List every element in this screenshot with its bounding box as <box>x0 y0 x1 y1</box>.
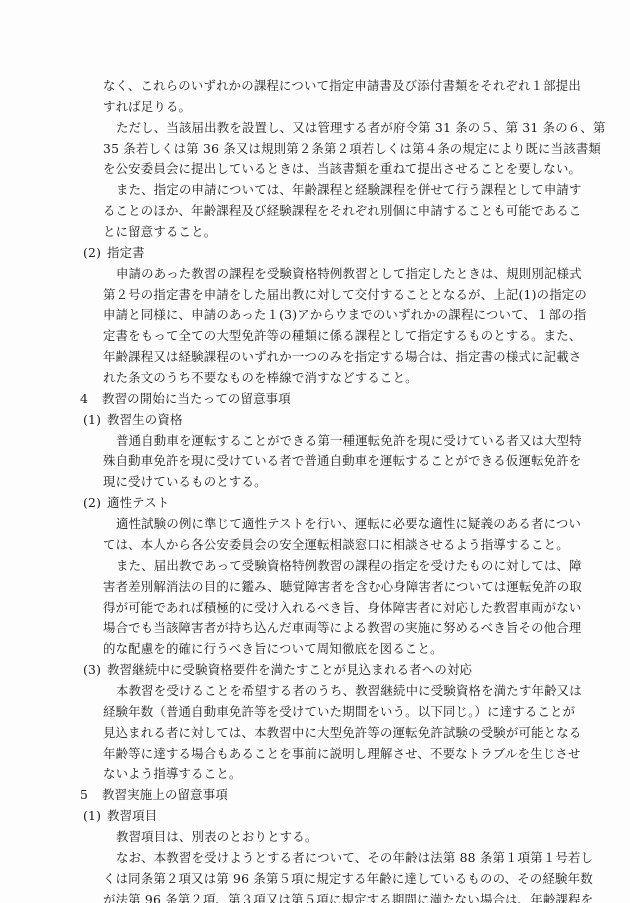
subsection-number: (1) <box>83 409 107 430</box>
paragraph-line: が法第 96 条第２項、第３項又は第５項に規定する期間に満たない場合は、年齢課程… <box>103 889 593 903</box>
paragraph-first-line: ただし、当該届出教を設置し、又は管理する者が府令第 31 条の５、第 31 条の… <box>116 117 606 138</box>
paragraph-line: 的な配慮を的確に行うべき旨について周知徹底を図ること。 <box>103 638 443 659</box>
subsection-title: 教習継続中に受験資格要件を満たすことが見込まれる者への対応 <box>107 662 472 677</box>
subsection-number: (3) <box>83 659 107 680</box>
subsection-number: (2) <box>83 492 107 513</box>
section-number: 4 <box>80 388 102 409</box>
subsection-heading: (2)指定書 <box>83 242 145 263</box>
subsection-heading: (1)教習生の資格 <box>83 409 183 430</box>
paragraph-line: 見込まれる者に対しては、本教習中に大型免許等の運転免許試験の受験が可能となる <box>103 722 581 743</box>
paragraph-line: なく、これらのいずれかの課程について指定申請書及び添付書類をそれぞれ１部提出 <box>103 75 581 96</box>
paragraph-line: 害者差別解消法の目的に鑑み、聴覚障害者を含む心身障害者については運転免許の取 <box>103 576 582 597</box>
paragraph-first-line: また、届出教であって受験資格特例教習の課程の指定を受けたものに対しては、障 <box>116 555 582 576</box>
paragraph-line: 得が可能であれば積極的に受け入れるべき旨、身体障害者に対応した教習車両がない <box>103 597 581 618</box>
paragraph-line: 定書をもって全ての大型免許等の種類に係る課程として指定するものとする。また、 <box>103 325 581 346</box>
subsection-title: 適性テスト <box>107 495 169 510</box>
subsection-number: (2) <box>83 242 107 263</box>
paragraph-line: 年齢課程又は経験課程のいずれか一つのみを指定する場合は、指定書の様式に記載さ <box>103 346 581 367</box>
paragraph-first-line: また、指定の申請については、年齢課程と経験課程を併せて行う課程として申請す <box>116 179 582 200</box>
paragraph-line: 場合でも当該障害者が持ち込んだ車両等による教習の実施に努めるべき旨その他合理 <box>103 617 581 638</box>
section-number: 5 <box>80 784 102 805</box>
subsection-heading: (2)適性テスト <box>83 492 169 513</box>
paragraph-first-line: 適性試験の例に準じて適性テストを行い、運転に必要な適性に疑義のある者につい <box>116 513 581 534</box>
paragraph-line: 現に受けているものとする。 <box>103 471 267 492</box>
section-title: 教習実施上の留意事項 <box>102 787 228 802</box>
subsection-heading: (1)教習項目 <box>83 805 157 826</box>
paragraph-line: 年齢等に達する場合もあることを事前に説明し理解させ、不要なトラブルを生じさせ <box>103 743 581 764</box>
paragraph-first-line: なお、本教習を受けようとする者について、その年齢は法第 88 条第１項第１号若し <box>116 847 593 868</box>
paragraph-line: ては、本人から各公安委員会の安全運転相談窓口に相談させるよう指導すること。 <box>103 534 569 555</box>
section-title: 教習の開始に当たっての留意事項 <box>102 391 291 406</box>
paragraph-first-line: 教習項目は、別表のとおりとする。 <box>116 826 317 847</box>
paragraph-first-line: 普通自動車を運転することができる第一種運転免許を現に受けている者又は大型特 <box>116 430 582 451</box>
paragraph-line: を公安委員会に提出しているときは、当該書類を重ねて提出させることを要しない。 <box>103 158 581 179</box>
paragraph-line: れた条文のうち不要なものを棒線で消すなどすること。 <box>103 367 418 388</box>
paragraph-line: すれば足りる。 <box>103 96 191 117</box>
paragraph-first-line: 本教習を受けることを希望する者のうち、教習継続中に受験資格を満たす年齢又は <box>116 680 582 701</box>
paragraph-line: 殊自動車免許を現に受けている者で普通自動車を運転することができる仮運転免許を <box>103 450 581 471</box>
paragraph-line: ることのほか、年齢課程及び経験課程をそれぞれ別個に申請することも可能であるこ <box>103 200 581 221</box>
section-heading: 5教習実施上の留意事項 <box>80 784 228 805</box>
subsection-title: 指定書 <box>107 245 145 260</box>
section-heading: 4教習の開始に当たっての留意事項 <box>80 388 291 409</box>
paragraph-line: 第２号の指定書を申請をした届出教に対して交付することとなるが、上記(1)の指定の <box>103 284 587 305</box>
paragraph-line: くは同条第２項又は第 96 条第５項に規定する年齢に達しているものの、その経験年… <box>103 868 593 889</box>
paragraph-line: 経験年数（普通自動車免許等を受けていた期間をいう。以下同じ。）に達することが <box>103 701 575 722</box>
subsection-heading: (3)教習継続中に受験資格要件を満たすことが見込まれる者への対応 <box>83 659 472 680</box>
paragraph-first-line: 申請のあった教習の課程を受験資格特例教習として指定したときは、規則別記様式 <box>116 263 582 284</box>
subsection-number: (1) <box>83 805 107 826</box>
paragraph-line: 35 条若しくは第 36 条又は規則第２条第２項若しくは第４条の規定により既に当… <box>103 138 601 159</box>
paragraph-line: 申請と同様に、申請のあった１(3)アからウまでのいずれかの課程について、１部の指 <box>103 304 586 325</box>
paragraph-line: ないよう指導すること。 <box>103 763 242 784</box>
paragraph-line: とに留意すること。 <box>103 221 216 242</box>
subsection-title: 教習項目 <box>107 808 157 823</box>
subsection-title: 教習生の資格 <box>107 412 183 427</box>
document-page: なく、これらのいずれかの課程について指定申請書及び添付書類をそれぞれ１部提出すれ… <box>0 0 630 903</box>
